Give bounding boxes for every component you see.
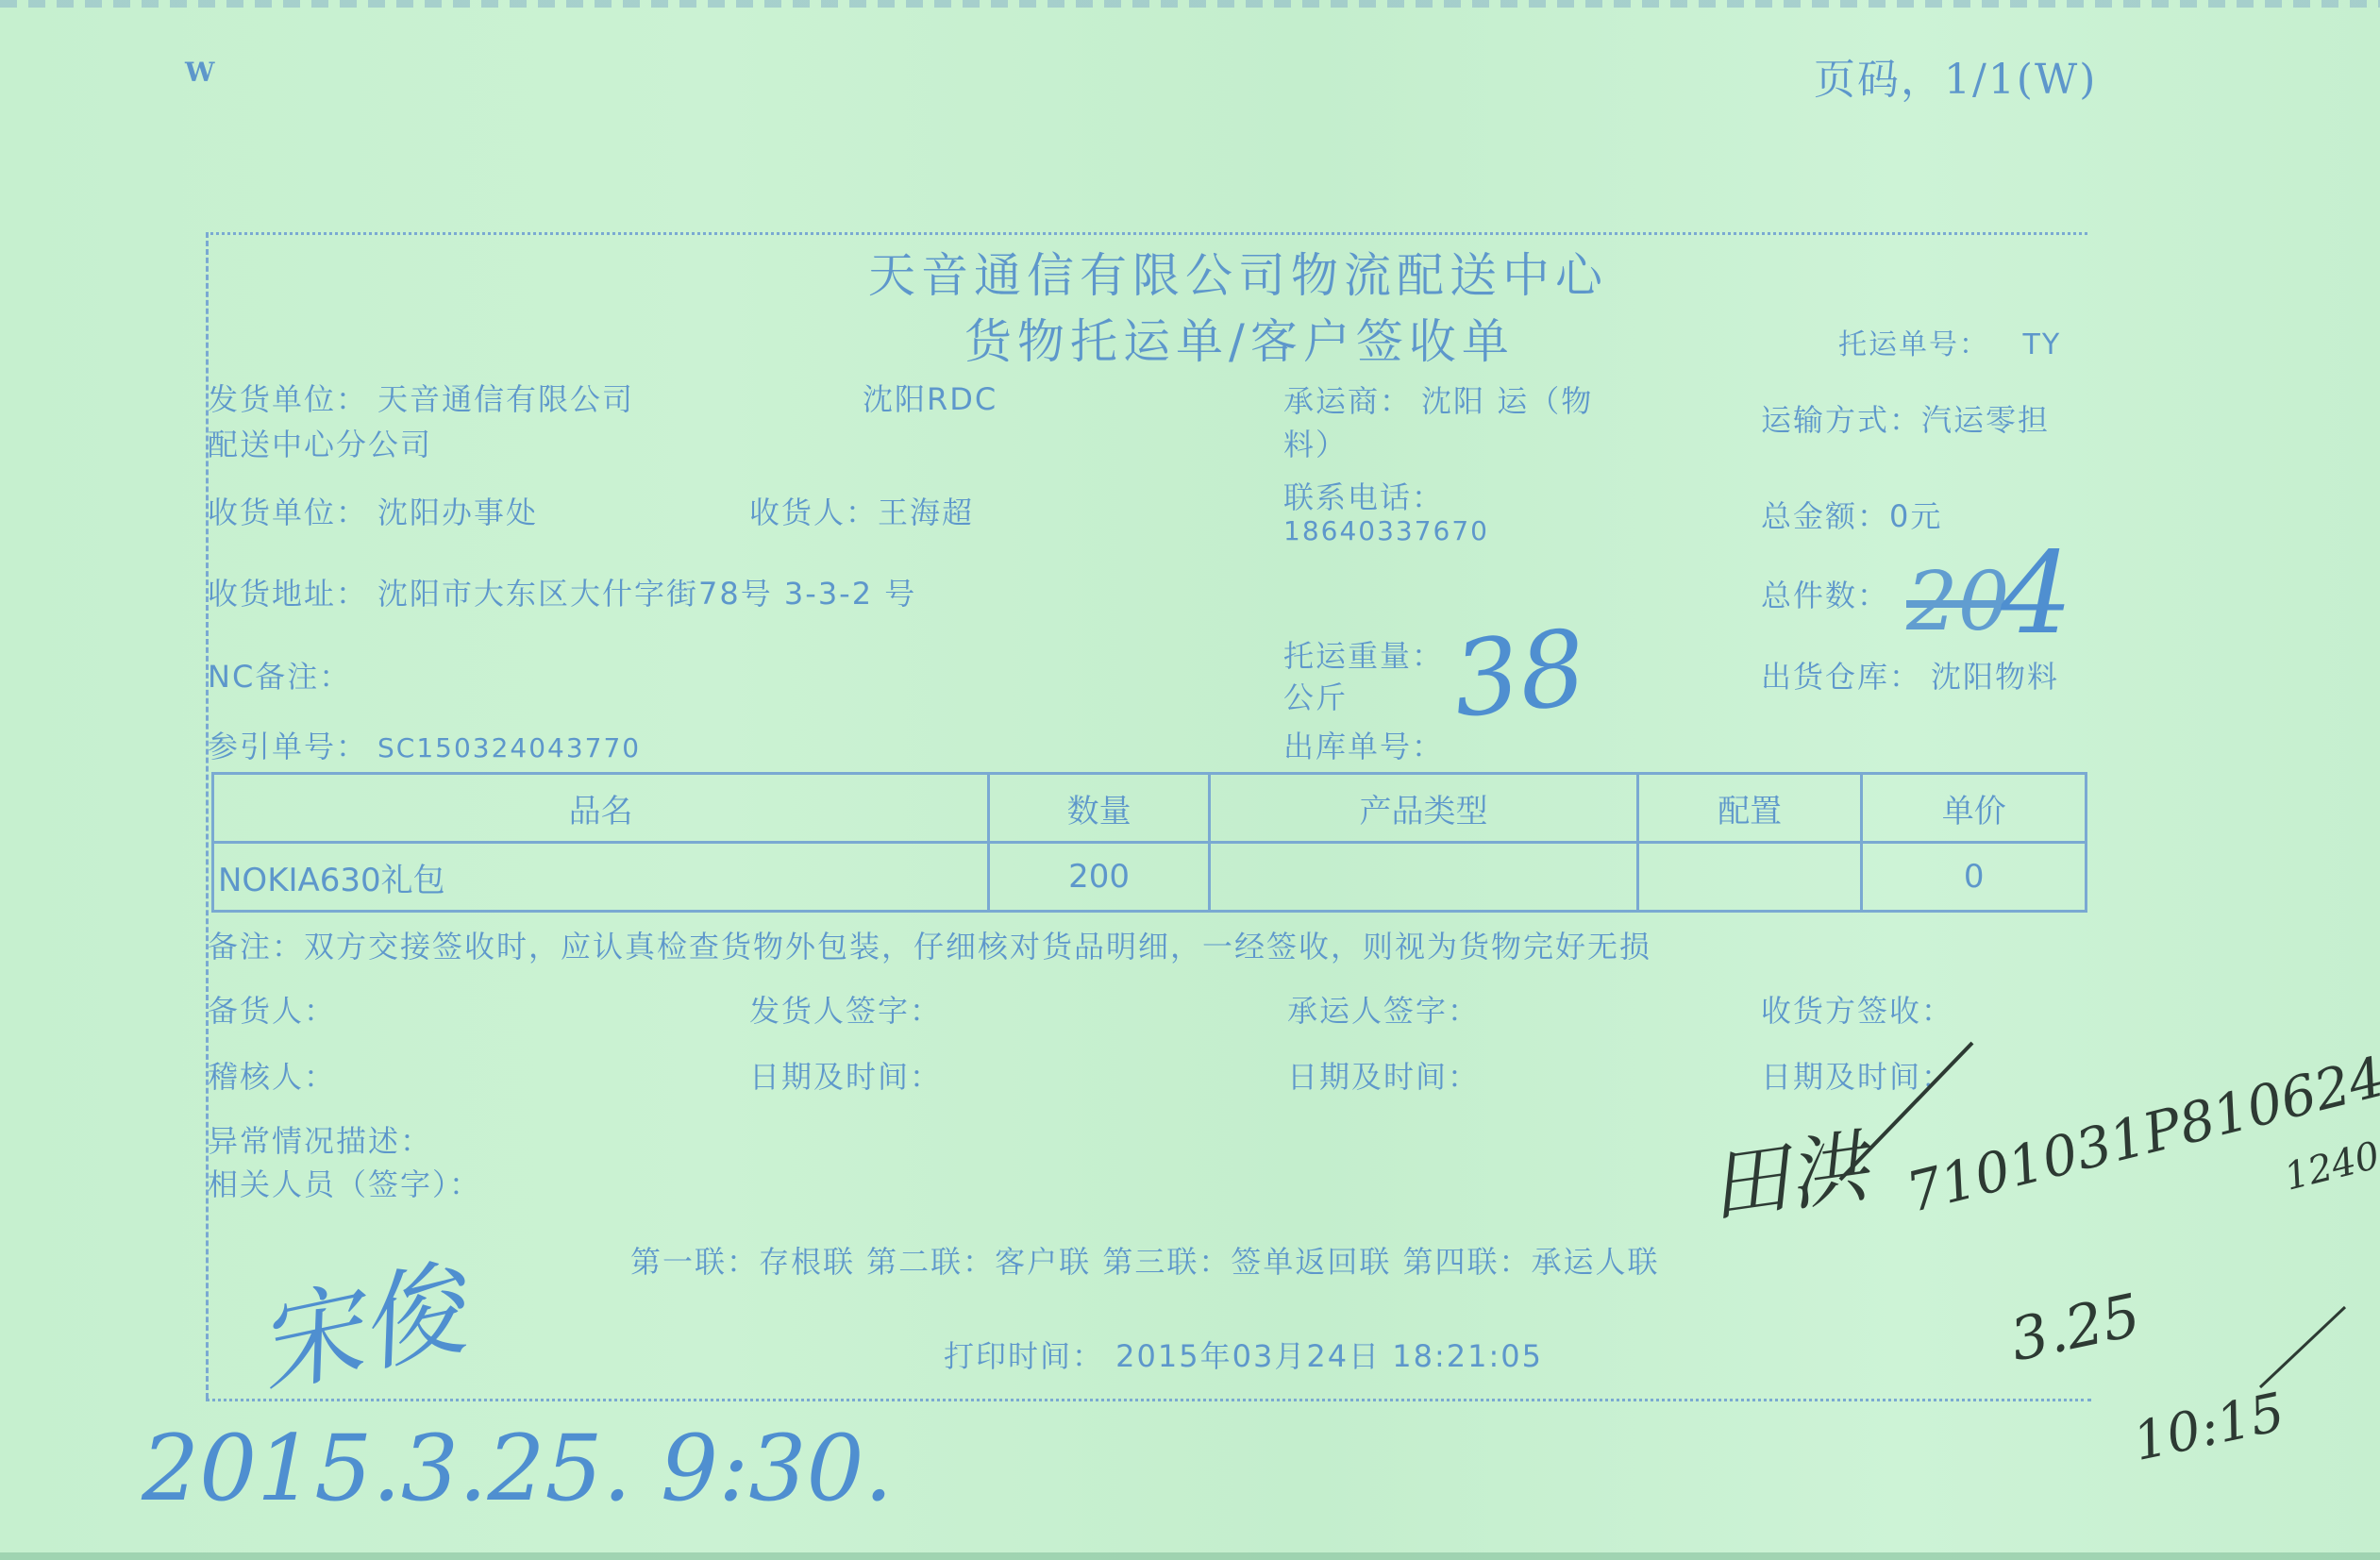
col-header-unit-price: 单价 [1862, 774, 2087, 843]
cell-product: NOKIA630礼包 [213, 843, 989, 912]
shipper-rdc: 沈阳RDC [863, 376, 997, 419]
carrier-sign-label: 承运人签字： [1287, 987, 1480, 1031]
transport-mode-value: 汽运零担 [1921, 402, 2050, 438]
reference-no-label: 参引单号： [208, 729, 368, 764]
receiver-sign-label: 收货方签收： [1761, 987, 1953, 1031]
total-amount-label: 总金额： [1761, 498, 1889, 534]
consignment-no-value: TY [2023, 328, 2062, 361]
carrier-value-line1: 沈阳 运（物 [1421, 383, 1593, 419]
exception-label: 异常情况描述： [208, 1117, 432, 1161]
shipper-value-line2: 配送中心分公司 [208, 421, 432, 464]
transport-mode: 运输方式：汽运零担 [1761, 396, 2050, 440]
remarks: 备注：双方交接签收时，应认真检查货物外包装，仔细核对货品明细，一经签收，则视为货… [208, 923, 1651, 966]
table-header-row: 品名 数量 产品类型 配置 单价 [213, 774, 2087, 843]
handwritten-pieces: 4 [2001, 528, 2072, 660]
transport-mode-label: 运输方式： [1761, 402, 1921, 438]
outbound-warehouse-value: 沈阳物料 [1931, 659, 2059, 695]
paper-perforation [0, 0, 2380, 8]
shipper-label: 发货单位： [208, 381, 368, 417]
total-amount-value: 0元 [1889, 498, 1942, 534]
handwritten-bottom-time: 9:30. [661, 1416, 893, 1521]
form-frame-bottom [206, 1399, 2091, 1401]
form-title: 货物托运单/客户签收单 [964, 304, 1515, 372]
address: 收货地址：沈阳市大东区大什字街78号 3-3-2 号 [208, 570, 916, 613]
receiver-unit: 收货单位：沈阳办事处 [208, 489, 538, 532]
receiver-person: 收货人：王海超 [749, 489, 974, 532]
copies-note: 第一联：存根联 第二联：客户联 第三联：签单返回联 第四联：承运人联 [630, 1238, 1660, 1282]
cell-unit-price: 0 [1862, 843, 2087, 912]
reference-no: 参引单号：SC150324043770 [208, 723, 641, 766]
company-title: 天音通信有限公司物流配送中心 [868, 238, 1608, 306]
outbound-no-label: 出库单号： [1283, 723, 1444, 766]
cell-product-type [1210, 843, 1638, 912]
paper-bottom-edge [0, 1552, 2380, 1560]
receiver-unit-label: 收货单位： [208, 495, 368, 530]
total-amount: 总金额：0元 [1761, 493, 1942, 536]
receiver-person-value: 王海超 [878, 495, 974, 530]
carrier-datetime-label: 日期及时间： [1287, 1053, 1480, 1097]
shipper-sign-label: 发货人签字： [749, 987, 942, 1031]
handwritten-pieces-crossed: 20 [1906, 555, 2009, 649]
shipper-datetime-label: 日期及时间： [749, 1053, 942, 1097]
reference-no-value: SC150324043770 [377, 732, 641, 763]
print-time: 打印时间： 2015年03月24日 18:21:05 [944, 1333, 1543, 1376]
carrier-label: 承运商： [1283, 383, 1412, 419]
preparer-label: 备货人： [208, 987, 336, 1031]
address-label: 收货地址： [208, 576, 368, 612]
receiver-unit-value: 沈阳办事处 [377, 495, 538, 530]
handwritten-bottom-date: 2015.3.25. [142, 1416, 631, 1521]
shipper: 发货单位：天音通信有限公司 [208, 376, 634, 419]
contact-phone-value: 18640337670 [1283, 515, 1489, 546]
outbound-warehouse-label: 出货仓库： [1761, 659, 1921, 695]
handwritten-weight: 38 [1448, 607, 1592, 741]
col-header-product: 品名 [213, 774, 989, 843]
col-header-quantity: 数量 [989, 774, 1210, 843]
related-person-signature: 宋俊 [242, 1226, 476, 1415]
consignment-no: 托运单号： TY [1838, 321, 2061, 362]
col-header-config: 配置 [1637, 774, 1862, 843]
shipper-value-line1: 天音通信有限公司 [377, 381, 634, 417]
page-mark: W [185, 57, 216, 88]
nc-remark-label: NC备注： [208, 653, 351, 696]
form-frame-top [206, 232, 2087, 235]
consignment-no-label: 托运单号： [1838, 328, 1989, 361]
total-pieces-label: 总件数： [1761, 572, 1889, 615]
carrier: 承运商：沈阳 运（物 [1283, 377, 1593, 421]
table-row: NOKIA630礼包 200 0 [213, 843, 2087, 912]
items-table: 品名 数量 产品类型 配置 单价 NOKIA630礼包 200 0 [211, 772, 2087, 913]
contact-phone-label: 联系电话： [1283, 474, 1444, 517]
checker-label: 稽核人： [208, 1053, 336, 1097]
col-header-product-type: 产品类型 [1210, 774, 1638, 843]
cell-quantity: 200 [989, 843, 1210, 912]
underline-stroke [2255, 1302, 2350, 1397]
cell-config [1637, 843, 1862, 912]
consign-weight-label-line2: 公斤 [1283, 674, 1348, 717]
carrier-value-line2: 料） [1283, 421, 1348, 464]
related-person-label: 相关人员（签字）： [208, 1161, 481, 1204]
handwritten-receive-date: 3.25 [2004, 1280, 2146, 1374]
receiver-person-label: 收货人： [749, 495, 878, 530]
handwritten-tracking-suffix: 12401 [2280, 1128, 2380, 1199]
page-code: 页码，1/1(W) [1814, 45, 2097, 106]
address-value: 沈阳市大东区大什字街78号 3-3-2 号 [377, 576, 916, 612]
consign-weight-label-line1: 托运重量： [1283, 632, 1444, 676]
